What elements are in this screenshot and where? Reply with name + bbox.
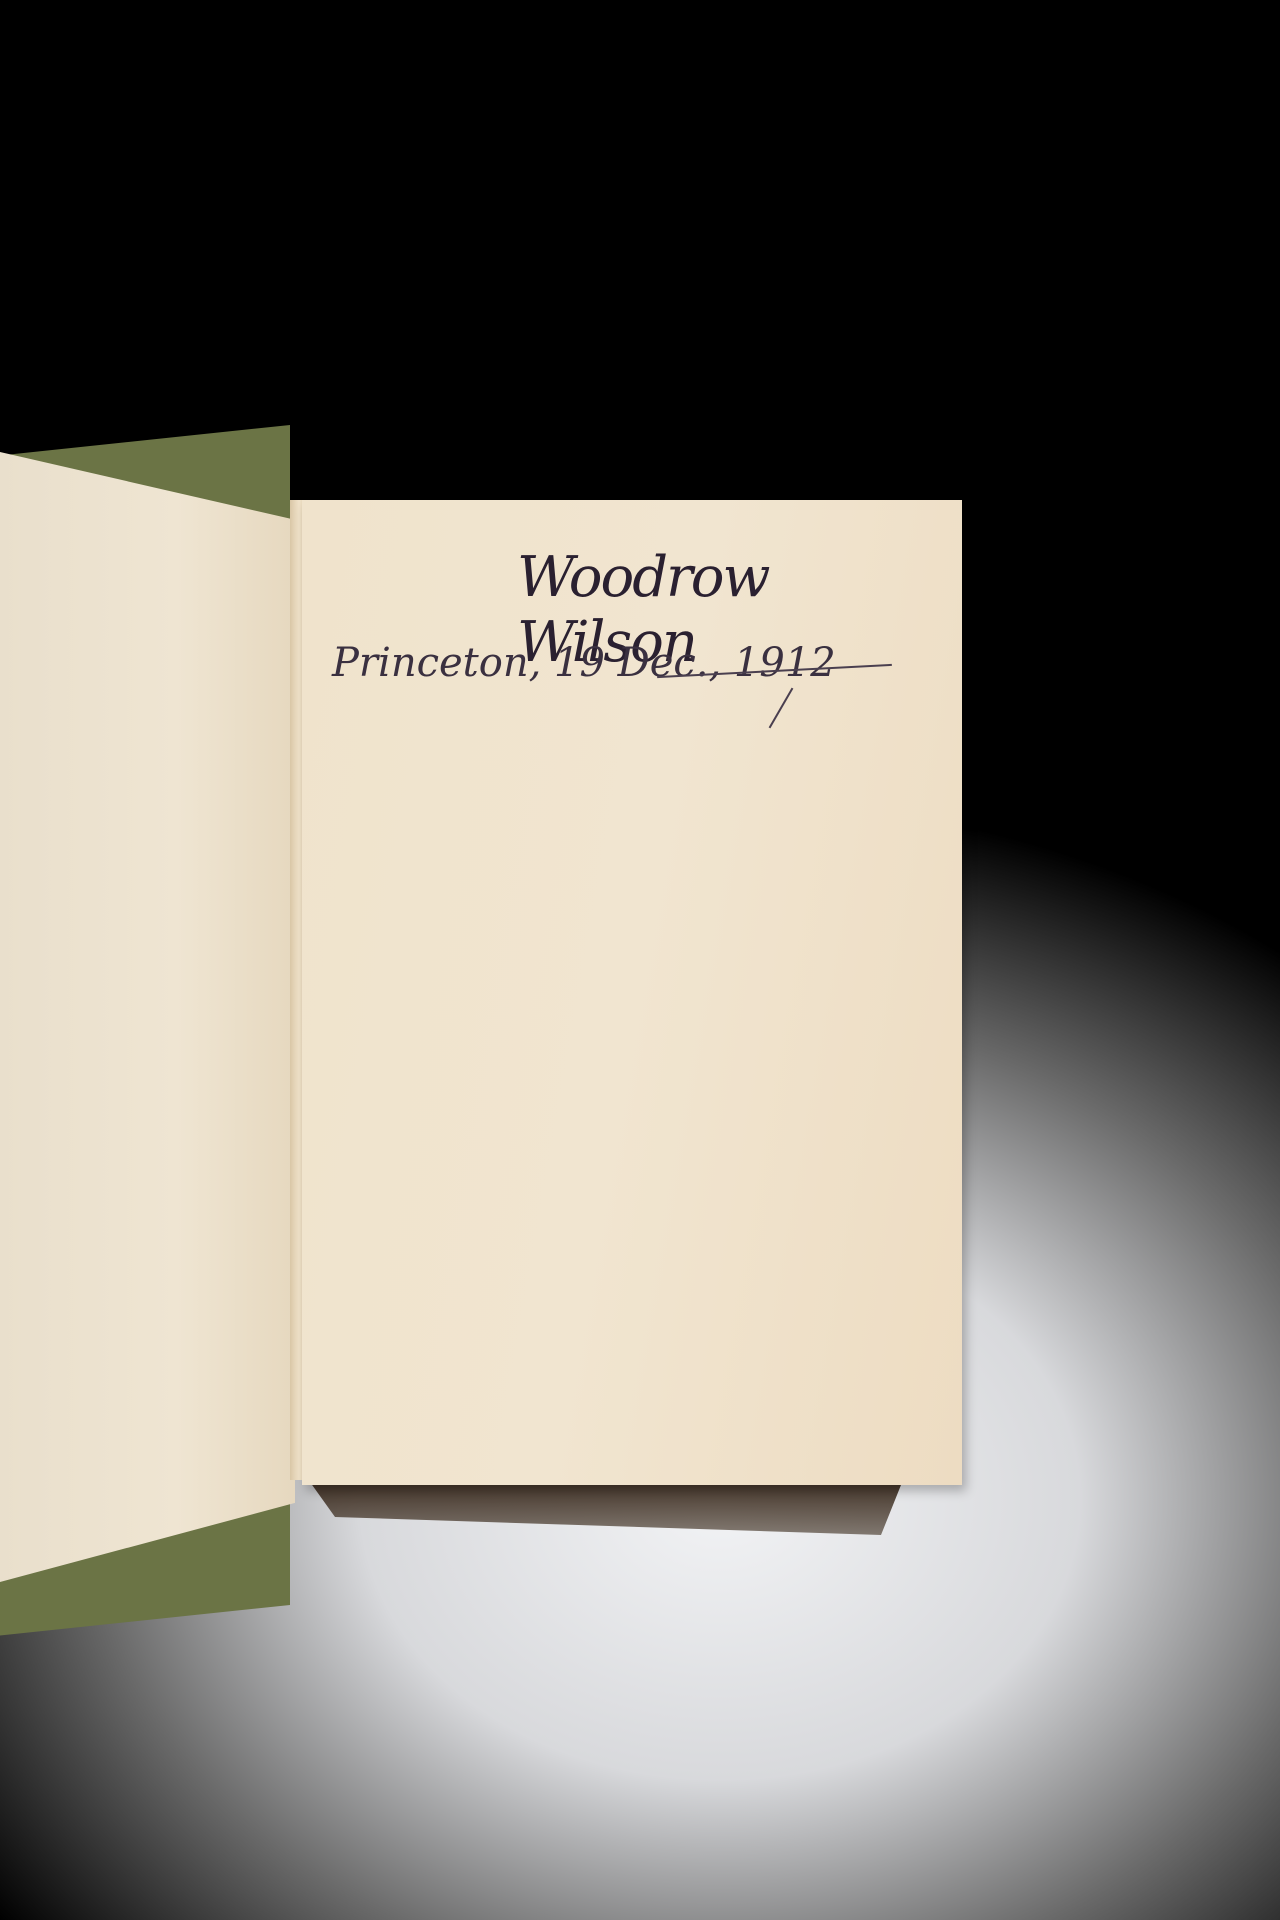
left-endpaper <box>0 452 295 1582</box>
ink-mark <box>769 688 794 729</box>
inscription-place-date: Princeton, 19 Dec., 1912 <box>332 640 836 686</box>
signed-endpaper: Woodrow Wilson Princeton, 19 Dec., 1912 <box>302 500 962 1485</box>
